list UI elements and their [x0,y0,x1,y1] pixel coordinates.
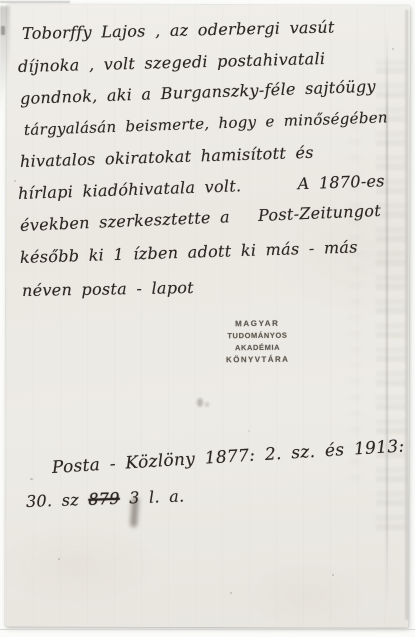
paper-top-edge [0,1,70,3]
paper-speck [14,180,16,182]
stamp-line-1: MAGYAR [205,318,310,331]
ink-smudge [197,398,203,407]
paper-speck [392,48,394,50]
paper-speck [248,430,250,432]
paper-edge-notch [1,26,5,35]
scan-bottom-line [0,629,415,630]
scanned-document-page: { "note": { "lines": [ "Toborffy Lajos ,… [0,0,415,637]
paper-speck [58,558,60,560]
stamp-line-3: KÖNYVTÁRA [205,354,310,367]
library-stamp: MAGYAR TUDOMÁNYOS AKADÉMIA KÖNYVTÁRA [205,318,310,367]
paper-speck [30,478,33,480]
paper-speck [332,574,334,576]
paper-speck [230,592,232,594]
reference-line-2-suffix: 3 l. a. [119,486,184,507]
reference-line-2-prefix: 30. sz [26,490,89,511]
ink-smudge [205,402,209,407]
handwriting-line: néven posta - lapot [22,278,194,300]
reference-struck-number: 879 [88,489,120,509]
paper-left-edge-shadow [0,6,10,116]
stamp-line-2: TUDOMÁNYOS AKADÉMIA [205,330,310,355]
bleed-through-text [376,60,406,530]
